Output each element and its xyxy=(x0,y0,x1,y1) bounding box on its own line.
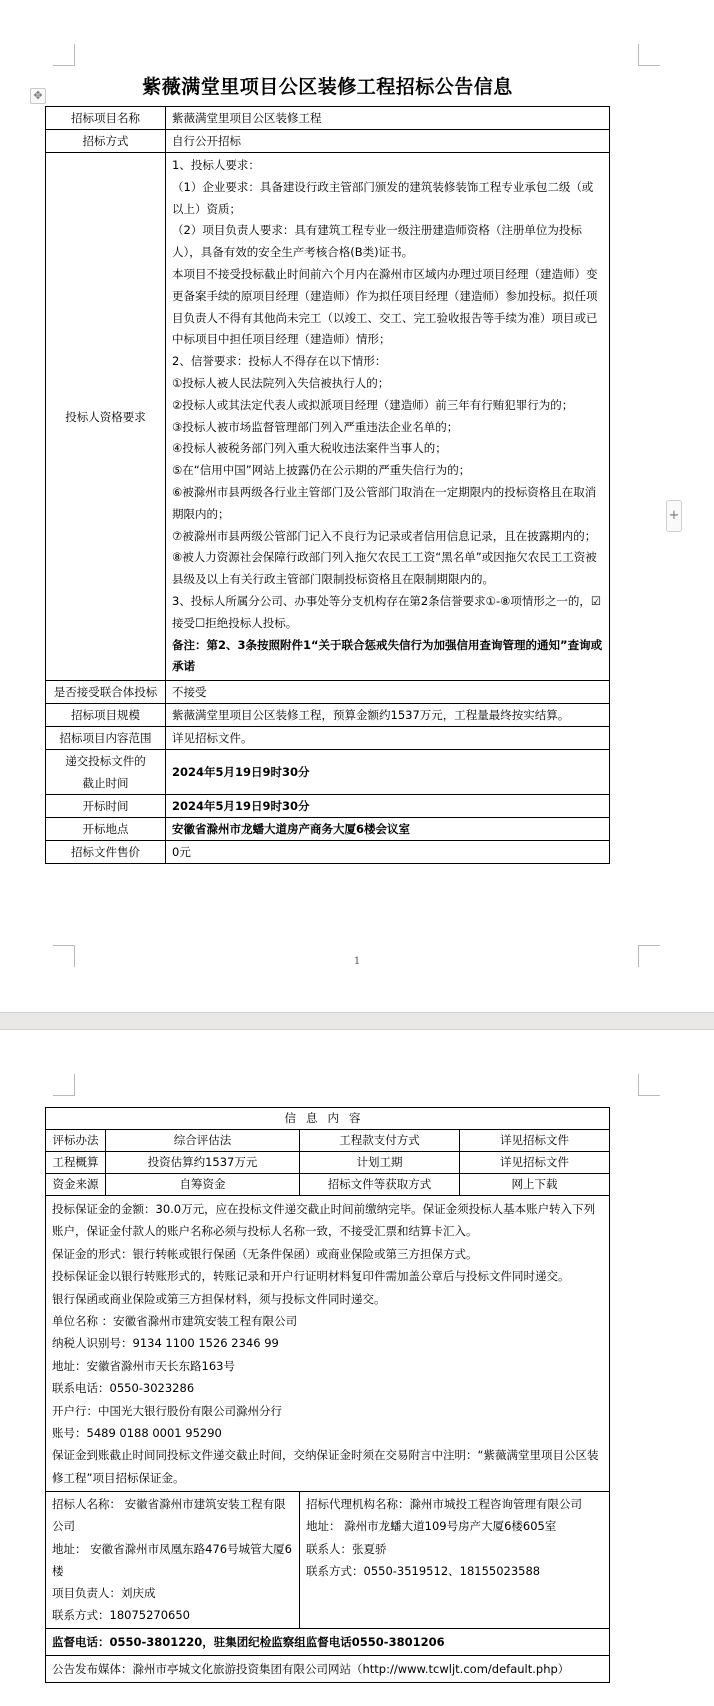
deposit-line: 开户行：中国光大银行股份有限公司滁州分行 xyxy=(52,1400,603,1422)
deposit-line: 保证金的形式：银行转帐或银行保函（无条件保函）或商业保险或第三方担保方式。 xyxy=(52,1243,603,1265)
bidder-address: 地址： 安徽省滁州市凤凰东路476号城管大厦6楼 xyxy=(52,1538,293,1582)
deposit-line: 保证金到账截止时间同投标文件递交截止时间，交纳保证金时须在交易附言中注明：“紫薇… xyxy=(52,1444,603,1489)
qualification-line: ④投标人被税务部门列入重大税收违法案件当事人的； xyxy=(172,438,603,460)
grid-cell: 计划工期 xyxy=(300,1152,460,1174)
deposit-details: 投标保证金的金额：30.0万元，应在投标文件递交截止时间前缴纳完毕。保证金须投标… xyxy=(46,1196,610,1492)
table-row: 工程概算 投资估算约1537万元 计划工期 详见招标文件 xyxy=(46,1152,610,1174)
row-value: 安徽省滁州市龙蟠大道房产商务大厦6楼会议室 xyxy=(166,818,610,841)
row-label: 招标项目内容范围 xyxy=(46,727,166,750)
bid-info-table: 招标项目名称 紫薇满堂里项目公区装修工程 招标方式 自行公开招标 投标人资格要求… xyxy=(45,106,610,864)
row-label: 开标时间 xyxy=(46,795,166,818)
row-value: 2024年5月19日9时30分 xyxy=(166,750,610,795)
crop-mark-top-left xyxy=(53,44,75,66)
grid-cell: 详见招标文件 xyxy=(460,1130,610,1152)
row-label: 招标方式 xyxy=(46,130,166,153)
agent-contact-person: 联系人：张夏骄 xyxy=(306,1538,603,1560)
bidder-name: 招标人名称： 安徽省滁州市建筑安装工程有限公司 xyxy=(52,1493,293,1537)
deposit-line: 账号：5489 0188 0001 95290 xyxy=(52,1422,603,1444)
table-row: 递交投标文件的 截止时间 2024年5月19日9时30分 xyxy=(46,750,610,795)
document-page-1: ✥ + 紫薇满堂里项目公区装修工程招标公告信息 招标项目名称 紫薇满堂里项目公区… xyxy=(0,0,714,1012)
add-column-plus-icon[interactable]: + xyxy=(666,500,682,532)
row-value: 2024年5月19日9时30分 xyxy=(166,795,610,818)
row-label: 开标地点 xyxy=(46,818,166,841)
qualification-line: ①投标人被人民法院列入失信被执行人的； xyxy=(172,373,603,395)
qualification-line: ⑧被人力资源社会保障行政部门列入拖欠农民工工资“黑名单”或因拖欠农民工工资被县级… xyxy=(172,547,603,591)
agent-name: 招标代理机构名称：滁州市城投工程咨询管理有限公司 xyxy=(306,1493,603,1515)
page-separator xyxy=(0,1012,714,1030)
table-row: 招标文件售价 0元 xyxy=(46,841,610,864)
info-content-table: 信息内容 评标办法 综合评估法 工程款支付方式 详见招标文件 工程概算 投资估算… xyxy=(45,1107,610,1683)
qualification-line: ⑤在“信用中国”网站上披露仍在公示期的严重失信行为的； xyxy=(172,460,603,482)
agent-info: 招标代理机构名称：滁州市城投工程咨询管理有限公司 地址： 滁州市龙蟠大道109号… xyxy=(300,1492,610,1628)
row-value: 紫薇满堂里项目公区装修工程 xyxy=(166,107,610,130)
qualification-line: （2）项目负责人要求：具有建筑工程专业一级注册建造师资格（注册单位为投标人），具… xyxy=(172,220,603,264)
row-label: 递交投标文件的 截止时间 xyxy=(46,750,166,795)
agent-address: 地址： 滁州市龙蟠大道109号房产大厦6楼605室 xyxy=(306,1515,603,1537)
row-value: 自行公开招标 xyxy=(166,130,610,153)
row-value: 紫薇满堂里项目公区装修工程，预算金额约1537万元，工程量最终按实结算。 xyxy=(166,704,610,727)
contact-row: 招标人名称： 安徽省滁州市建筑安装工程有限公司 地址： 安徽省滁州市凤凰东路47… xyxy=(46,1492,610,1628)
qualification-line: ⑥被滁州市县两级各行业主管部门及公管部门取消在一定期限内的投标资格且在取消期限内… xyxy=(172,482,603,526)
grid-cell: 资金来源 xyxy=(46,1174,106,1196)
grid-cell: 网上下载 xyxy=(460,1174,610,1196)
row-label: 招标项目名称 xyxy=(46,107,166,130)
table-row: 开标地点 安徽省滁州市龙蟠大道房产商务大厦6楼会议室 xyxy=(46,818,610,841)
row-value: 详见招标文件。 xyxy=(166,727,610,750)
deposit-row: 投标保证金的金额：30.0万元，应在投标文件递交截止时间前缴纳完毕。保证金须投标… xyxy=(46,1196,610,1492)
grid-cell: 工程概算 xyxy=(46,1152,106,1174)
row-label-line: 递交投标文件的 xyxy=(48,750,163,772)
grid-cell: 工程款支付方式 xyxy=(300,1130,460,1152)
row-label: 投标人资格要求 xyxy=(46,153,166,681)
deposit-line: 银行保函或商业保险或第三方担保材料，须与投标文件同时递交。 xyxy=(52,1288,603,1310)
supervision-row: 监督电话：0550-3801220，驻集团纪检监察组监督电话0550-38012… xyxy=(46,1628,610,1655)
qualification-requirements: 1、投标人要求： （1）企业要求：具备建设行政主管部门颁发的建筑装修装饰工程专业… xyxy=(166,153,610,681)
document-title: 紫薇满堂里项目公区装修工程招标公告信息 xyxy=(45,72,610,99)
qualification-note: 备注：第2、3条按照附件1“关于联合惩戒失信行为加强信用查询管理的通知”查询或承… xyxy=(172,635,603,679)
deposit-line: 单位名称 ：安徽省滁州市建筑安装工程有限公司 xyxy=(52,1310,603,1332)
qualification-row: 投标人资格要求 1、投标人要求： （1）企业要求：具备建设行政主管部门颁发的建筑… xyxy=(46,153,610,681)
media-row: 公告发布媒体：滁州市亭城文化旅游投资集团有限公司网站（http://www.tc… xyxy=(46,1655,610,1682)
qualification-line: （1）企业要求：具备建设行政主管部门颁发的建筑装修装饰工程专业承包二级（或以上）… xyxy=(172,177,603,221)
grid-cell: 自筹资金 xyxy=(106,1174,300,1196)
deposit-line: 联系电话：0550-3023286 xyxy=(52,1377,603,1399)
grid-cell: 投资估算约1537万元 xyxy=(106,1152,300,1174)
grid-cell: 招标文件等获取方式 xyxy=(300,1174,460,1196)
crop-mark-top-right xyxy=(638,44,660,66)
crop-mark-top-right xyxy=(638,1074,660,1096)
qualification-line: 1、投标人要求： xyxy=(172,155,603,177)
bidder-info: 招标人名称： 安徽省滁州市建筑安装工程有限公司 地址： 安徽省滁州市凤凰东路47… xyxy=(46,1492,300,1628)
grid-cell: 综合评估法 xyxy=(106,1130,300,1152)
grid-cell: 详见招标文件 xyxy=(460,1152,610,1174)
deposit-line: 投标保证金的金额：30.0万元，应在投标文件递交截止时间前缴纳完毕。保证金须投标… xyxy=(52,1198,603,1243)
table-row: 招标项目规模 紫薇满堂里项目公区装修工程，预算金额约1537万元，工程量最终按实… xyxy=(46,704,610,727)
agent-contact: 联系方式：0550-3519512、18155023588 xyxy=(306,1560,603,1582)
qualification-line: ⑦被滁州市县两级公管部门记入不良行为记录或者信用信息记录，且在披露期内的； xyxy=(172,526,603,548)
table-row: 招标方式 自行公开招标 xyxy=(46,130,610,153)
row-label: 是否接受联合体投标 xyxy=(46,681,166,704)
supervision-phone: 监督电话：0550-3801220，驻集团纪检监察组监督电话0550-38012… xyxy=(46,1628,610,1655)
table-row: 资金来源 自筹资金 招标文件等获取方式 网上下载 xyxy=(46,1174,610,1196)
row-value: 不接受 xyxy=(166,681,610,704)
table-row: 开标时间 2024年5月19日9时30分 xyxy=(46,795,610,818)
deposit-line: 地址：安徽省滁州市天长东路163号 xyxy=(52,1355,603,1377)
deposit-line: 纳税人识别号：9134 1100 1526 2346 99 xyxy=(52,1332,603,1354)
table-row: 是否接受联合体投标 不接受 xyxy=(46,681,610,704)
table-row: 招标项目名称 紫薇满堂里项目公区装修工程 xyxy=(46,107,610,130)
grid-cell: 评标办法 xyxy=(46,1130,106,1152)
qualification-line: 2、信誉要求：投标人不得存在以下情形： xyxy=(172,351,603,373)
table-row: 招标项目内容范围 详见招标文件。 xyxy=(46,727,610,750)
row-label: 招标文件售价 xyxy=(46,841,166,864)
row-label-line: 截止时间 xyxy=(48,772,163,794)
page-number: 1 xyxy=(0,956,714,967)
crop-mark-top-left xyxy=(53,1074,75,1096)
row-value: 0元 xyxy=(166,841,610,864)
qualification-line: 3、投标人所属分公司、办事处等分支机构存在第2条信誉要求①-⑧项情形之一的，☑接… xyxy=(172,591,603,635)
table-header-row: 信息内容 xyxy=(46,1108,610,1130)
info-header: 信息内容 xyxy=(46,1108,610,1130)
qualification-line: 本项目不接受投标截止时间前六个月内在滁州市区域内办理过项目经理（建造师）变更备案… xyxy=(172,264,603,351)
table-move-handle-icon[interactable]: ✥ xyxy=(30,88,46,104)
table-row: 评标办法 综合评估法 工程款支付方式 详见招标文件 xyxy=(46,1130,610,1152)
qualification-line: ③投标人被市场监督管理部门列入严重违法企业名单的； xyxy=(172,417,603,439)
row-label: 招标项目规模 xyxy=(46,704,166,727)
bidder-manager: 项目负责人：刘庆成 xyxy=(52,1582,293,1604)
bidder-contact: 联系方式：18075270650 xyxy=(52,1604,293,1626)
publication-media: 公告发布媒体：滁州市亭城文化旅游投资集团有限公司网站（http://www.tc… xyxy=(46,1655,610,1682)
qualification-line: ②投标人或其法定代表人或拟派项目经理（建造师）前三年有行贿犯罪行为的； xyxy=(172,395,603,417)
deposit-line: 投标保证金以银行转账形式的，转账记录和开户行证明材料复印件需加盖公章后与投标文件… xyxy=(52,1265,603,1287)
